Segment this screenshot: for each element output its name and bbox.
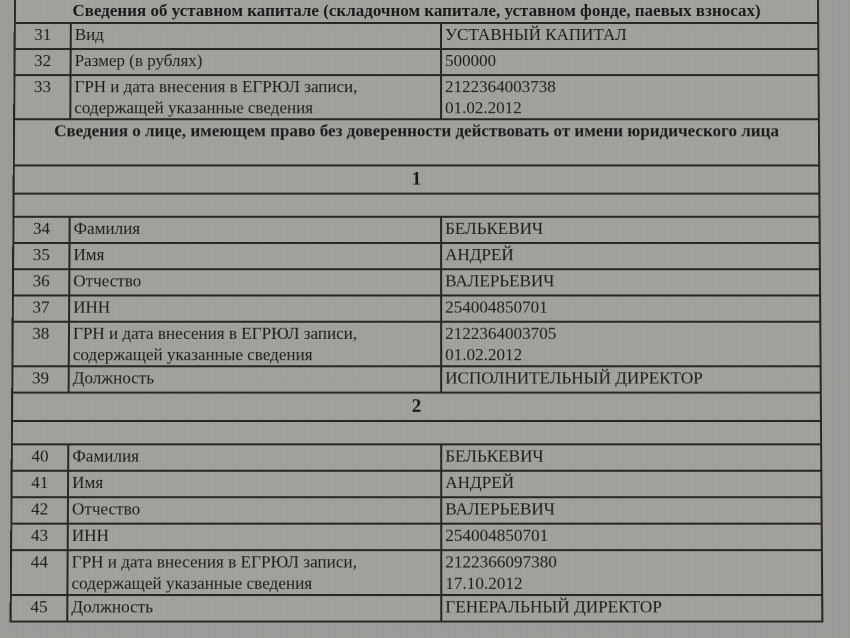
blank-row	[12, 421, 821, 444]
row-value: 500000	[441, 49, 819, 75]
row-number: 35	[13, 243, 69, 269]
row-label: ГРН и дата внесения в ЕГРЮЛ записи, соде…	[67, 550, 441, 595]
row-value: 254004850701	[441, 295, 820, 321]
blank-row	[13, 194, 819, 217]
grn-number: 2122364003738	[445, 76, 815, 97]
grn-number: 2122366097380	[445, 551, 818, 572]
table-row: 41 Имя АНДРЕЙ	[12, 471, 822, 497]
document-photo: Сведения об уставном капитале (складочно…	[0, 0, 850, 638]
row-label-line: содержащей указанные сведения	[74, 97, 437, 118]
row-label: Должность	[67, 595, 441, 622]
row-label-line: ГРН и дата внесения в ЕГРЮЛ записи,	[74, 76, 437, 97]
row-label: Фамилия	[70, 217, 442, 243]
blank-cell	[13, 194, 819, 217]
person-index: 1	[14, 165, 820, 193]
row-number: 33	[14, 75, 70, 119]
row-number: 40	[12, 444, 69, 470]
grn-number: 2122364003705	[445, 323, 816, 344]
row-label: Имя	[68, 471, 441, 497]
section-title-persons: Сведения о лице, имеющем право без довер…	[14, 119, 819, 165]
section-title-capital: Сведения об уставном капитале (складочно…	[15, 0, 818, 23]
table-row: 34 Фамилия БЕЛЬКЕВИЧ	[13, 217, 819, 243]
table-row: 39 Должность ИСПОЛНИТЕЛЬНЫЙ ДИРЕКТОР	[12, 366, 821, 392]
entry-date: 17.10.2012	[445, 573, 818, 594]
row-number: 43	[11, 524, 68, 550]
row-label: ГРН и дата внесения в ЕГРЮЛ записи, соде…	[70, 75, 441, 119]
row-value: 2122364003705 01.02.2012	[441, 322, 820, 367]
row-number: 37	[13, 295, 69, 321]
row-number: 44	[11, 550, 68, 595]
row-label: Вид	[71, 23, 441, 49]
row-label: ИНН	[69, 295, 441, 321]
row-value: ГЕНЕРАЛЬНЫЙ ДИРЕКТОР	[441, 595, 822, 622]
person-index-row: 1	[14, 165, 820, 193]
row-value: 254004850701	[441, 524, 822, 550]
table-row: 42 Отчество ВАЛЕРЬЕВИЧ	[11, 497, 821, 523]
row-label: Должность	[69, 366, 442, 392]
row-label: Размер (в рублях)	[71, 49, 441, 75]
table-row: 37 ИНН 254004850701	[13, 295, 821, 321]
row-number: 34	[13, 217, 69, 243]
row-label: ИНН	[68, 524, 442, 550]
entry-date: 01.02.2012	[445, 344, 816, 365]
table-row: 38 ГРН и дата внесения в ЕГРЮЛ записи, с…	[12, 322, 820, 367]
row-value: БЕЛЬКЕВИЧ	[441, 217, 820, 243]
table-row: 45 Должность ГЕНЕРАЛЬНЫЙ ДИРЕКТОР	[11, 595, 823, 622]
row-number: 36	[13, 269, 69, 295]
row-number: 41	[12, 471, 69, 497]
row-value: БЕЛЬКЕВИЧ	[441, 444, 821, 470]
row-value: ВАЛЕРЬЕВИЧ	[441, 497, 822, 523]
row-value: АНДРЕЙ	[441, 243, 820, 269]
row-label-line: ГРН и дата внесения в ЕГРЮЛ записи,	[72, 551, 438, 572]
blank-cell	[12, 421, 821, 444]
row-value: АНДРЕЙ	[441, 471, 821, 497]
row-value: 2122364003738 01.02.2012	[441, 75, 819, 119]
table-row: 36 Отчество ВАЛЕРЬЕВИЧ	[13, 269, 820, 295]
row-number: 32	[14, 49, 70, 75]
row-label-line: содержащей указанные сведения	[73, 344, 437, 365]
table-row: 32 Размер (в рублях) 500000	[14, 49, 818, 75]
row-label: Отчество	[68, 497, 441, 523]
row-label: Фамилия	[68, 444, 441, 470]
table-row: 44 ГРН и дата внесения в ЕГРЮЛ записи, с…	[11, 550, 822, 595]
row-value: 2122366097380 17.10.2012	[441, 550, 822, 595]
egrul-extract-table: Сведения об уставном капитале (складочно…	[10, 0, 824, 623]
table-row: 40 Фамилия БЕЛЬКЕВИЧ	[12, 444, 822, 470]
section-header-capital: Сведения об уставном капитале (складочно…	[15, 0, 818, 23]
table-row: 35 Имя АНДРЕЙ	[13, 243, 820, 269]
person-index-row: 2	[12, 393, 821, 421]
table-row: 43 ИНН 254004850701	[11, 524, 822, 550]
row-number: 38	[12, 322, 69, 367]
person-index: 2	[12, 393, 821, 421]
row-number: 39	[12, 366, 69, 392]
row-value: ВАЛЕРЬЕВИЧ	[441, 269, 820, 295]
row-label-line: ГРН и дата внесения в ЕГРЮЛ записи,	[73, 323, 437, 344]
entry-date: 01.02.2012	[445, 97, 815, 118]
row-value: УСТАВНЫЙ КАПИТАЛ	[441, 23, 818, 49]
row-label-line: содержащей указанные сведения	[71, 573, 437, 594]
row-label: Имя	[69, 243, 441, 269]
row-label: Отчество	[69, 269, 441, 295]
row-value: ИСПОЛНИТЕЛЬНЫЙ ДИРЕКТОР	[441, 366, 821, 392]
row-number: 45	[11, 595, 68, 622]
row-number: 42	[11, 497, 68, 523]
row-number: 31	[15, 23, 71, 49]
table-row: 33 ГРН и дата внесения в ЕГРЮЛ записи, с…	[14, 75, 819, 119]
section-header-persons: Сведения о лице, имеющем право без довер…	[14, 119, 819, 165]
table-row: 31 Вид УСТАВНЫЙ КАПИТАЛ	[15, 23, 819, 49]
row-label: ГРН и дата внесения в ЕГРЮЛ записи, соде…	[69, 322, 441, 367]
